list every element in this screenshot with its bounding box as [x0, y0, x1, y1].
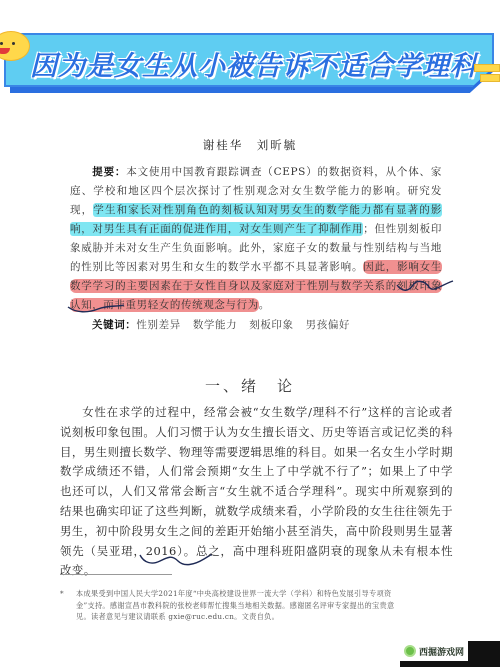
emoji-tongue-icon	[0, 48, 10, 54]
intro-paragraph: 女性在求学的过程中，经常会被“女生数学/理科不行”这样的言论或者说刻板印象包围。…	[60, 403, 453, 581]
keyword: 男孩偏好	[306, 319, 350, 331]
site-logo-icon	[404, 645, 416, 657]
yellow-ribbon-icon	[472, 64, 500, 82]
handwritten-underline-squiggle	[66, 303, 126, 315]
footnote-text: 本成果受到中国人民大学2021年度“中央高校建设世界一流大学（学科）和特色发展引…	[76, 588, 400, 623]
handwritten-underline-squiggle	[395, 279, 455, 293]
keyword: 刻板印象	[249, 319, 293, 331]
footnote: * 本成果受到中国人民大学2021年度“中央高校建设世界一流大学（学科）和特色发…	[60, 588, 400, 623]
footnote-mark: *	[60, 588, 64, 600]
watermark-badge: 西掘游戏网	[400, 641, 468, 661]
emoji-eye-icon	[0, 42, 3, 45]
intro-text: 女性在求学的过程中，经常会被“女生数学/理科不行”这样的言论或者说刻板印象包围。…	[60, 405, 453, 577]
ribbon-strip-icon	[480, 74, 500, 82]
paper-authors: 谢桂华 刘昕毓	[0, 137, 500, 153]
abstract-text-3: 。	[259, 299, 270, 311]
abstract-label: 提要：	[92, 166, 126, 178]
emoji-eye-icon	[12, 42, 15, 45]
keywords-label: 关键词：	[92, 319, 136, 331]
ribbon-strip-icon	[474, 64, 500, 72]
keyword: 数学能力	[193, 319, 237, 331]
watermark: 西掘游戏网	[400, 641, 500, 667]
footnote-divider	[60, 574, 172, 575]
keyword: 性别差异	[136, 319, 180, 331]
watermark-text: 西掘游戏网	[419, 645, 464, 658]
title-banner: 因为是女生从小被告诉不适合学理科	[0, 28, 500, 98]
banner-title: 因为是女生从小被告诉不适合学理科	[30, 44, 470, 83]
section-heading: 一、绪 论	[0, 375, 500, 396]
paper-keywords: 关键词：性别差异数学能力刻板印象男孩偏好	[92, 317, 362, 332]
paper-abstract: 提要：本文使用中国教育跟踪调查（CEPS）的数据资料，从个体、家庭、学校和地区四…	[70, 163, 442, 315]
